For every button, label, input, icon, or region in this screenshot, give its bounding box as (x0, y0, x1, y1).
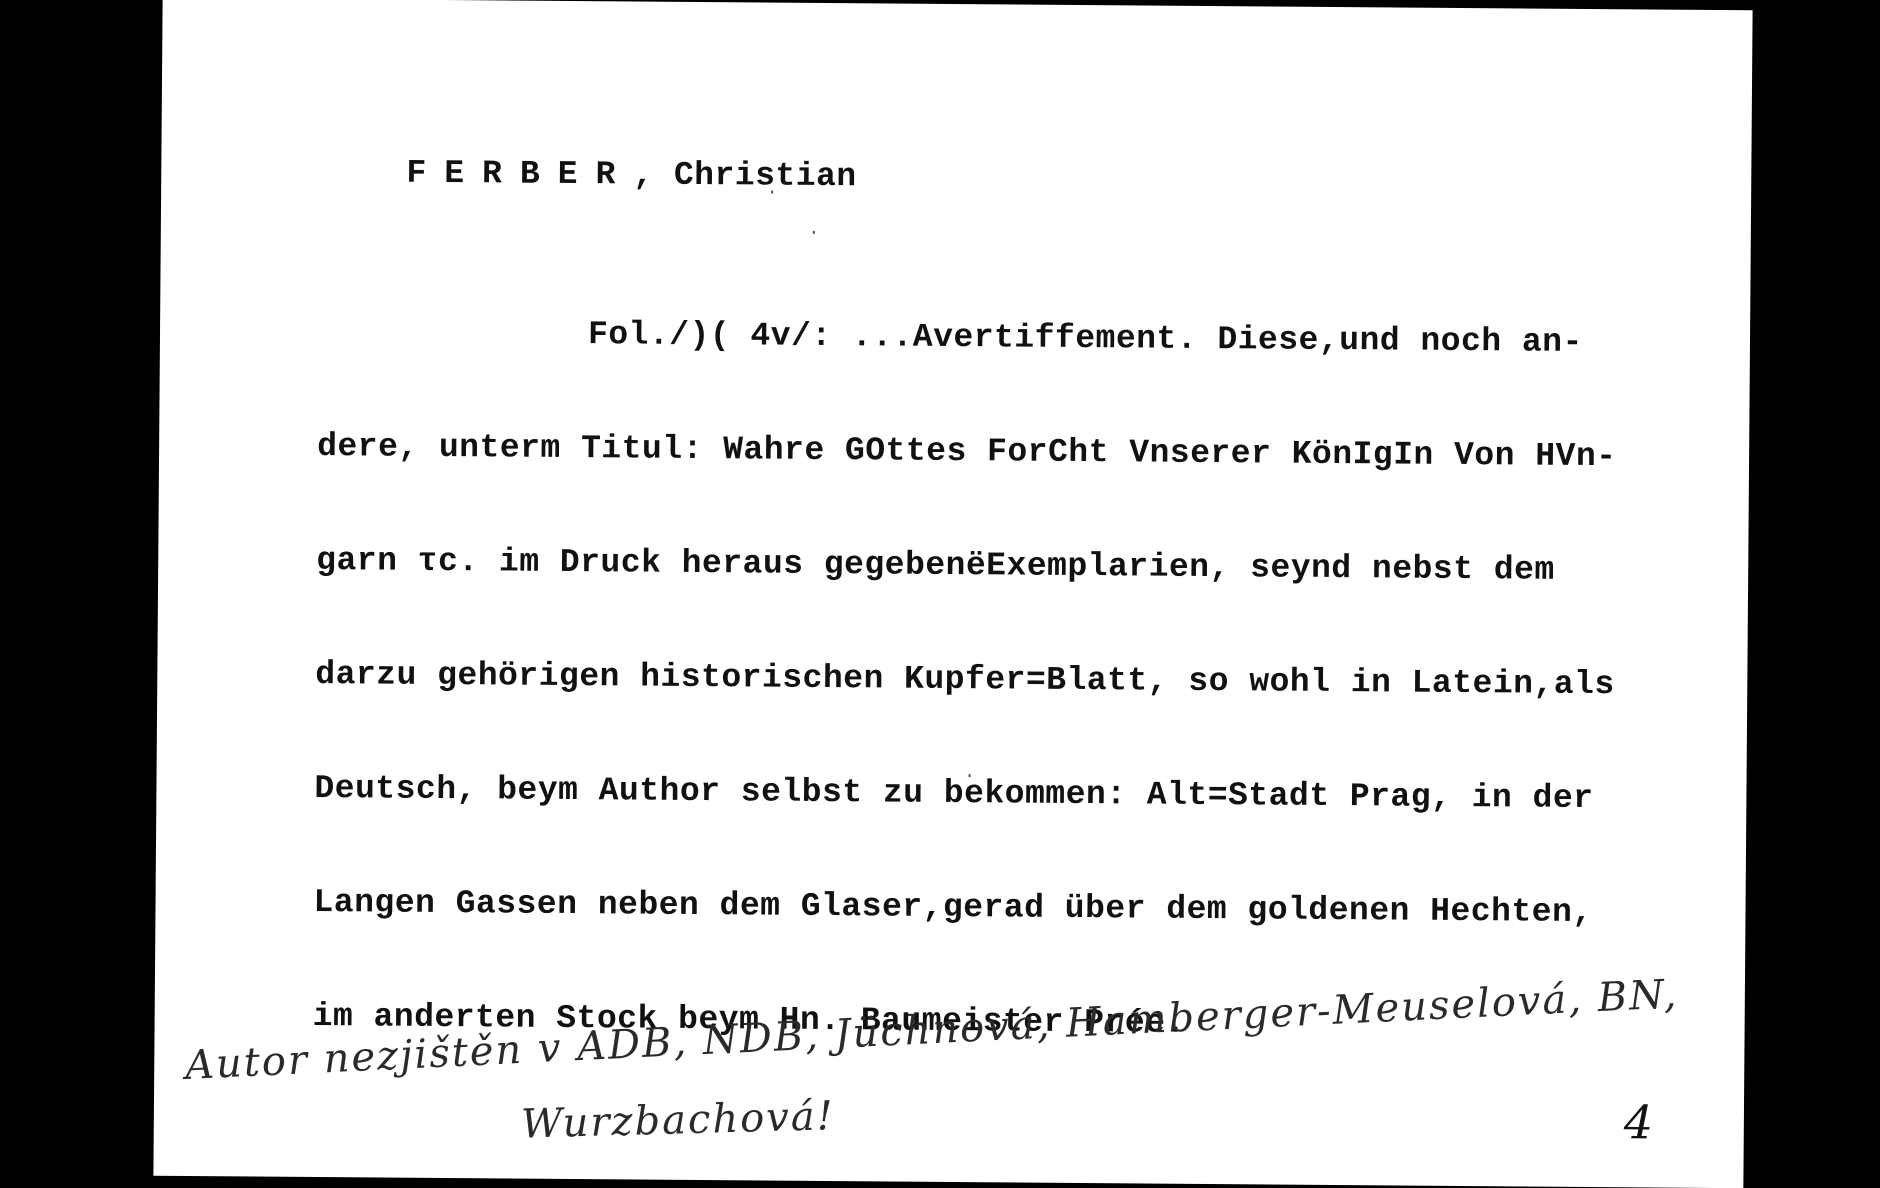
paper-speck (813, 231, 815, 234)
body-line: dere, unterm Titul: Wahre GOttes ForCht … (317, 423, 1617, 481)
author-surname: FERBER (406, 155, 633, 194)
heading-separator: , (633, 156, 654, 193)
handwritten-page-number: 4 (1624, 1095, 1654, 1149)
index-card: FERBER, Christian Fol./)( 4v/: ...Averti… (153, 0, 1752, 1188)
body-line: Deutsch, beym Author selbst zu bekommen:… (314, 765, 1614, 823)
body-line: Langen Gassen neben dem Glaser,gerad übe… (313, 879, 1613, 937)
body-line: darzu gehörigen historischen Kupfer=Blat… (315, 651, 1615, 709)
body-line: Fol./)( 4v/: ...Avertiffement. Diese,und… (318, 309, 1618, 367)
paper-speck (969, 774, 971, 777)
body-line: garn τc. im Druck heraus gegebenëExempl… (316, 537, 1616, 595)
paper-speck (771, 191, 773, 194)
card-heading: FERBER, Christian (325, 123, 857, 226)
handwritten-note-line-2: Wurzbachová! (521, 1096, 836, 1144)
author-given-name: Christian (674, 157, 857, 195)
